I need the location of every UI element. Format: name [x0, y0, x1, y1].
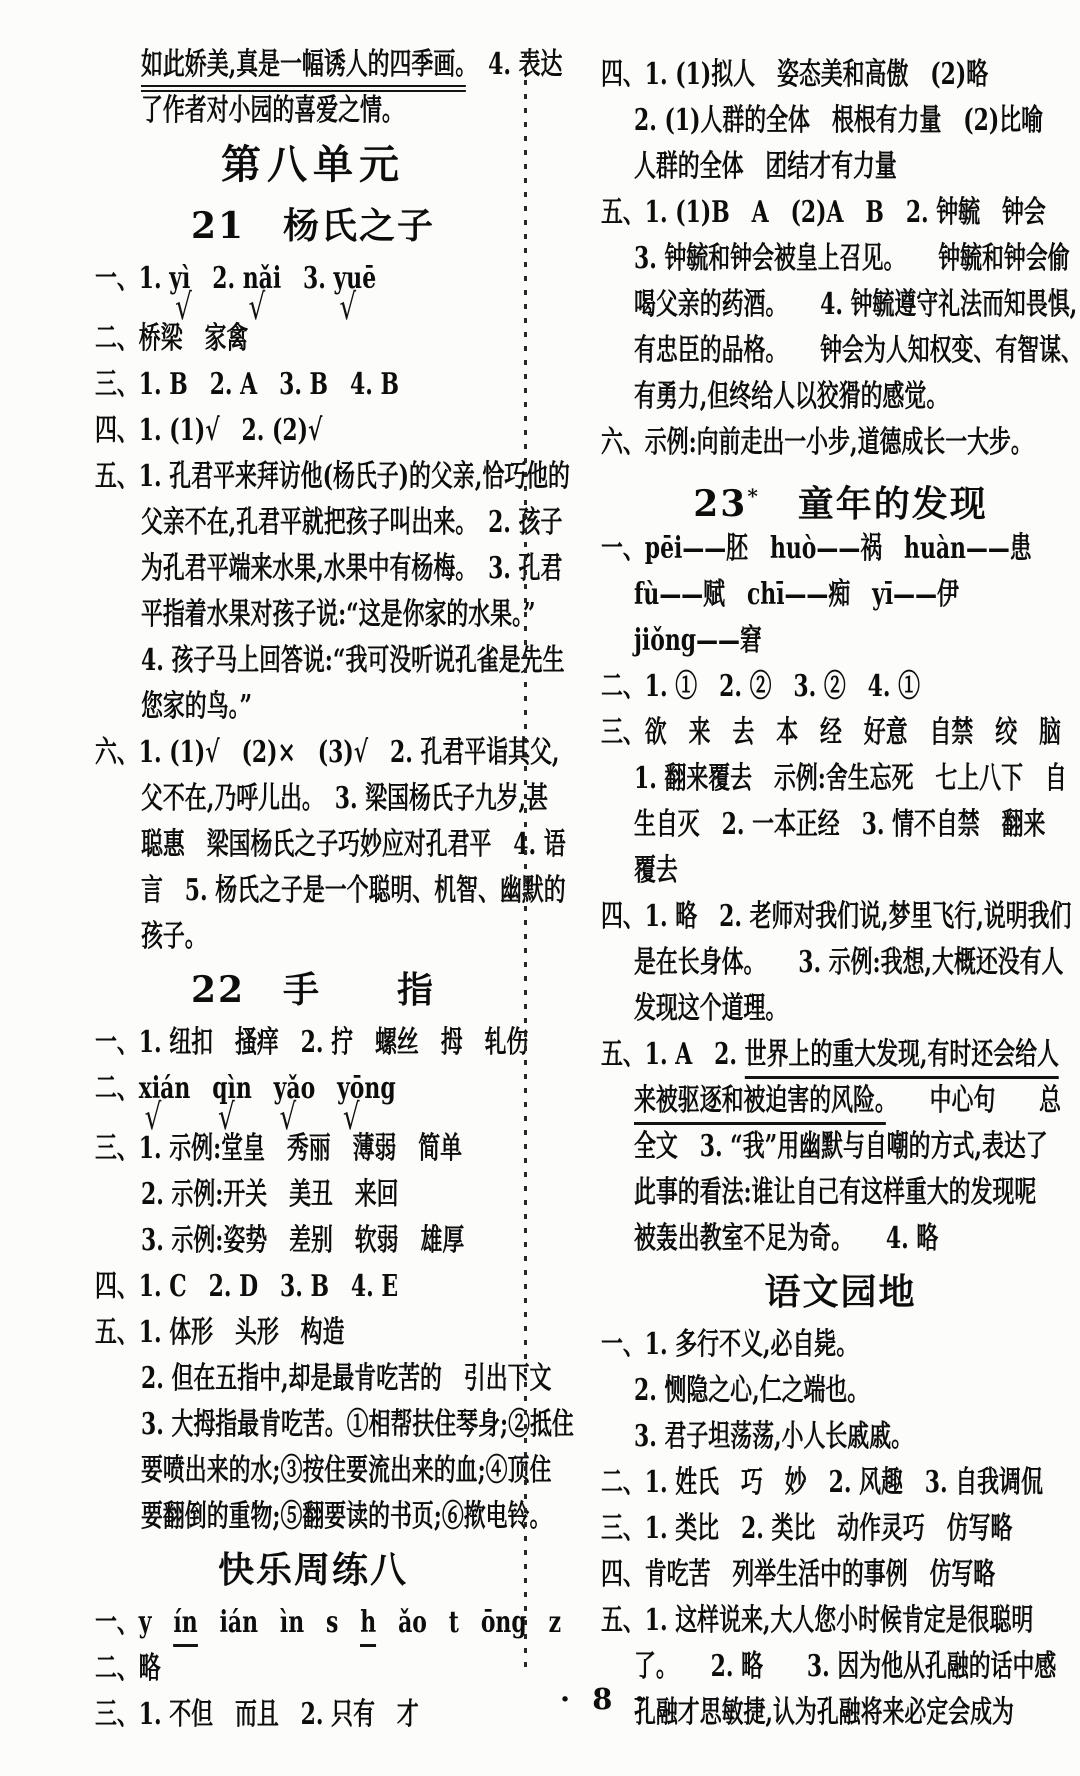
answer-line: 如此娇美,真是一幅诱人的四季画。 4. 表达 — [141, 42, 426, 88]
asterisk-marker: * — [747, 484, 759, 508]
column-divider-dotted-line — [524, 52, 527, 1674]
answer-line: 生自灭 2. 一本正经 3. 情不自禁 翻来 — [634, 802, 960, 848]
answer-line: 被轰出教室不足为奇。 4. 略 — [634, 1216, 960, 1262]
pinyin-syllable: yǎo√ — [274, 1066, 316, 1112]
pinyin-syllable: nǎi√ — [243, 256, 281, 302]
double-underlined-answer: 如此娇美,真是一幅诱人的四季画。 — [141, 47, 466, 92]
underlined-answer: ín — [173, 1605, 197, 1647]
answer-line: 3. 钟毓和钟会被皇上召见。 钟毓和钟会偷 — [634, 236, 960, 282]
answer-line: 了作者对小园的喜爱之情。 — [141, 88, 426, 134]
answer-line: 2. 示例:开关 美丑 来回 — [141, 1172, 426, 1218]
answer-line: 五、1. 孔君平来拜访他(杨氏子)的父亲,恰巧他的 — [95, 454, 413, 500]
left-column: 如此娇美,真是一幅诱人的四季画。 4. 表达了作者对小园的喜爱之情。第八单元21… — [95, 42, 531, 1738]
answer-line: 四、1. (1)√ 2. (2)√ — [95, 408, 413, 454]
answer-line: 二、xián√ qìn√ yǎo√ yōng√ — [95, 1066, 413, 1112]
answer-line: 五、1. 这样说来,大人您小时候肯定是很聪明 — [601, 1598, 951, 1644]
answer-line: 一、y ín ián ìn s h ǎo t ōng z — [95, 1600, 413, 1646]
answer-line: 来被驱逐和被迫害的风险。 中心句 总 — [634, 1078, 960, 1124]
answer-line: 覆去 — [634, 848, 960, 894]
answer-line: 3. 示例:姿势 差别 软弱 雄厚 — [141, 1218, 426, 1264]
answer-line: 2. 但在五指中,却是最肯吃苦的 引出下文 — [141, 1356, 426, 1402]
answer-line: 孩子。 — [141, 914, 426, 960]
pinyin-syllable: xián√ — [139, 1066, 190, 1112]
answer-line: 一、1. 多行不义,必自毙。 — [601, 1322, 951, 1368]
answer-line: 要喷出来的水;③按住要流出来的血;④顶住 — [141, 1448, 426, 1494]
underlined-answer: 世界上的重大发现,有时还会给人 — [745, 1037, 1059, 1079]
pinyin-syllable: yì√ — [169, 256, 190, 302]
answer-line: fù——赋 chī——痴 yī——伊 — [634, 572, 960, 618]
answer-line: 四、1. (1)拟人 姿态美和高傲 (2)略 — [601, 52, 951, 98]
answer-line: 四、1. 略 2. 老师对我们说,梦里飞行,说明我们 — [601, 894, 951, 940]
answer-line: 五、1. A 2. 世界上的重大发现,有时还会给人 — [601, 1032, 951, 1078]
answer-line: 五、1. 体形 头形 构造 — [95, 1310, 413, 1356]
pinyin-syllable: yuē√ — [334, 256, 377, 302]
answer-line: 要翻倒的重物;⑤翻要读的书页;⑥揿电铃。 — [141, 1494, 426, 1540]
answer-line: 四、1. C 2. D 3. B 4. E — [95, 1264, 413, 1310]
answer-line: 2. 恻隐之心,仁之端也。 — [634, 1368, 960, 1414]
answer-line: 有勇力,但终给人以狡猾的感觉。 — [634, 374, 960, 420]
answer-line: 了。 2. 略 3. 因为他从孔融的话中感 — [634, 1644, 960, 1690]
answer-line: 二、略 — [95, 1646, 413, 1692]
answer-line: 六、1. (1)√ (2)× (3)√ 2. 孔君平诣其父, — [95, 730, 413, 776]
answer-line: 三、1. 不但 而且 2. 只有 才 — [95, 1692, 413, 1738]
right-column: 四、1. (1)拟人 姿态美和高傲 (2)略2. (1)人群的全体 根根有力量 … — [601, 52, 1080, 1736]
pinyin-syllable: qìn√ — [212, 1066, 252, 1112]
answer-line: 全文 3. “我”用幽默与自嘲的方式,表达了 — [634, 1124, 960, 1170]
section-heading: 22 手 指 — [95, 960, 531, 1020]
answer-line: 聪惠 梁国杨氏之子巧妙应对孔君平 4. 语 — [141, 822, 426, 868]
answer-line: 六、示例:向前走出一小步,道德成长一大步。 — [601, 420, 951, 466]
answer-line: 人群的全体 团结才有力量 — [634, 144, 960, 190]
answer-line: 父不在,乃呼儿出。 3. 梁国杨氏子九岁,甚 — [141, 776, 426, 822]
answer-line: 为孔君平端来水果,水果中有杨梅。 3. 孔君 — [141, 546, 426, 592]
answer-line: jiǒng——窘 — [634, 618, 960, 664]
pinyin-syllable: yōng√ — [337, 1066, 396, 1112]
answer-line: 是在长身体。 3. 示例:我想,大概还没有人 — [634, 940, 960, 986]
answer-line: 言 5. 杨氏之子是一个聪明、机智、幽默的 — [141, 868, 426, 914]
section-heading: 第八单元 — [95, 134, 531, 196]
answer-line: 喝父亲的药酒。 4. 钟毓遵守礼法而知畏惧, — [634, 282, 960, 328]
answer-line: 三、1. B 2. A 3. B 4. B — [95, 362, 413, 408]
answer-line: 2. (1)人群的全体 根根有力量 (2)比喻 — [634, 98, 960, 144]
answer-line: 您家的鸟。” — [141, 684, 426, 730]
answer-line: 二、桥梁 家禽 — [95, 316, 413, 362]
section-heading: 23* 童年的发现 — [601, 466, 1080, 526]
answer-line: 二、1. 姓氏 巧 妙 2. 风趣 3. 自我调侃 — [601, 1460, 951, 1506]
answer-line: 父亲不在,孔君平就把孩子叫出来。 2. 孩子 — [141, 500, 426, 546]
answer-line: 一、1. yì√ 2. nǎi√ 3. yuē√ — [95, 256, 413, 302]
answer-line: 3. 君子坦荡荡,小人长戚戚。 — [634, 1414, 960, 1460]
answer-line: 有忠臣的品格。 钟会为人知权变、有智谋、 — [634, 328, 960, 374]
answer-line: 发现这个道理。 — [634, 986, 960, 1032]
answer-line: 3. 大拇指最肯吃苦。①相帮扶住琴身;②抵住 — [141, 1402, 426, 1448]
answer-line: 此事的看法:谁让自己有这样重大的发现呢 — [634, 1170, 960, 1216]
underlined-answer: 来被驱逐和被迫害的风险。 — [634, 1083, 886, 1125]
answer-line: 平指着水果对孩子说:“这是你家的水果。” — [141, 592, 426, 638]
answer-line: 三、1. 类比 2. 类比 动作灵巧 仿写略 — [601, 1506, 951, 1552]
section-heading: 快乐周练八 — [95, 1540, 531, 1600]
answer-line: 4. 孩子马上回答说:“我可没听说孔雀是先生 — [141, 638, 426, 684]
answer-line: 三、欲 来 去 本 经 好意 自禁 绞 脑 — [601, 710, 951, 756]
answer-line: 一、1. 纽扣 搔痒 2. 拧 螺丝 拇 轧伤 — [95, 1020, 413, 1066]
section-heading: 语文园地 — [601, 1262, 1080, 1322]
underlined-answer: h — [360, 1605, 376, 1647]
answer-line: 1. 翻来覆去 示例:舍生忘死 七上八下 自 — [634, 756, 960, 802]
section-heading: 21 杨氏之子 — [95, 196, 531, 256]
answer-line: 三、1. 示例:堂皇 秀丽 薄弱 简单 — [95, 1126, 413, 1172]
answer-line: 二、1. ① 2. ② 3. ② 4. ① — [601, 664, 951, 710]
page-number: · 8 · — [560, 1682, 651, 1716]
answer-line: 孔融才思敏捷,认为孔融将来必定会成为 — [634, 1690, 960, 1736]
answer-line: 四、肯吃苦 列举生活中的事例 仿写略 — [601, 1552, 951, 1598]
workbook-answer-page: 如此娇美,真是一幅诱人的四季画。 4. 表达了作者对小园的喜爱之情。第八单元21… — [0, 0, 1080, 1776]
answer-line: 五、1. (1)B A (2)A B 2. 钟毓 钟会 — [601, 190, 951, 236]
answer-line: 一、pēi——胚 huò——祸 huàn——患 — [601, 526, 951, 572]
